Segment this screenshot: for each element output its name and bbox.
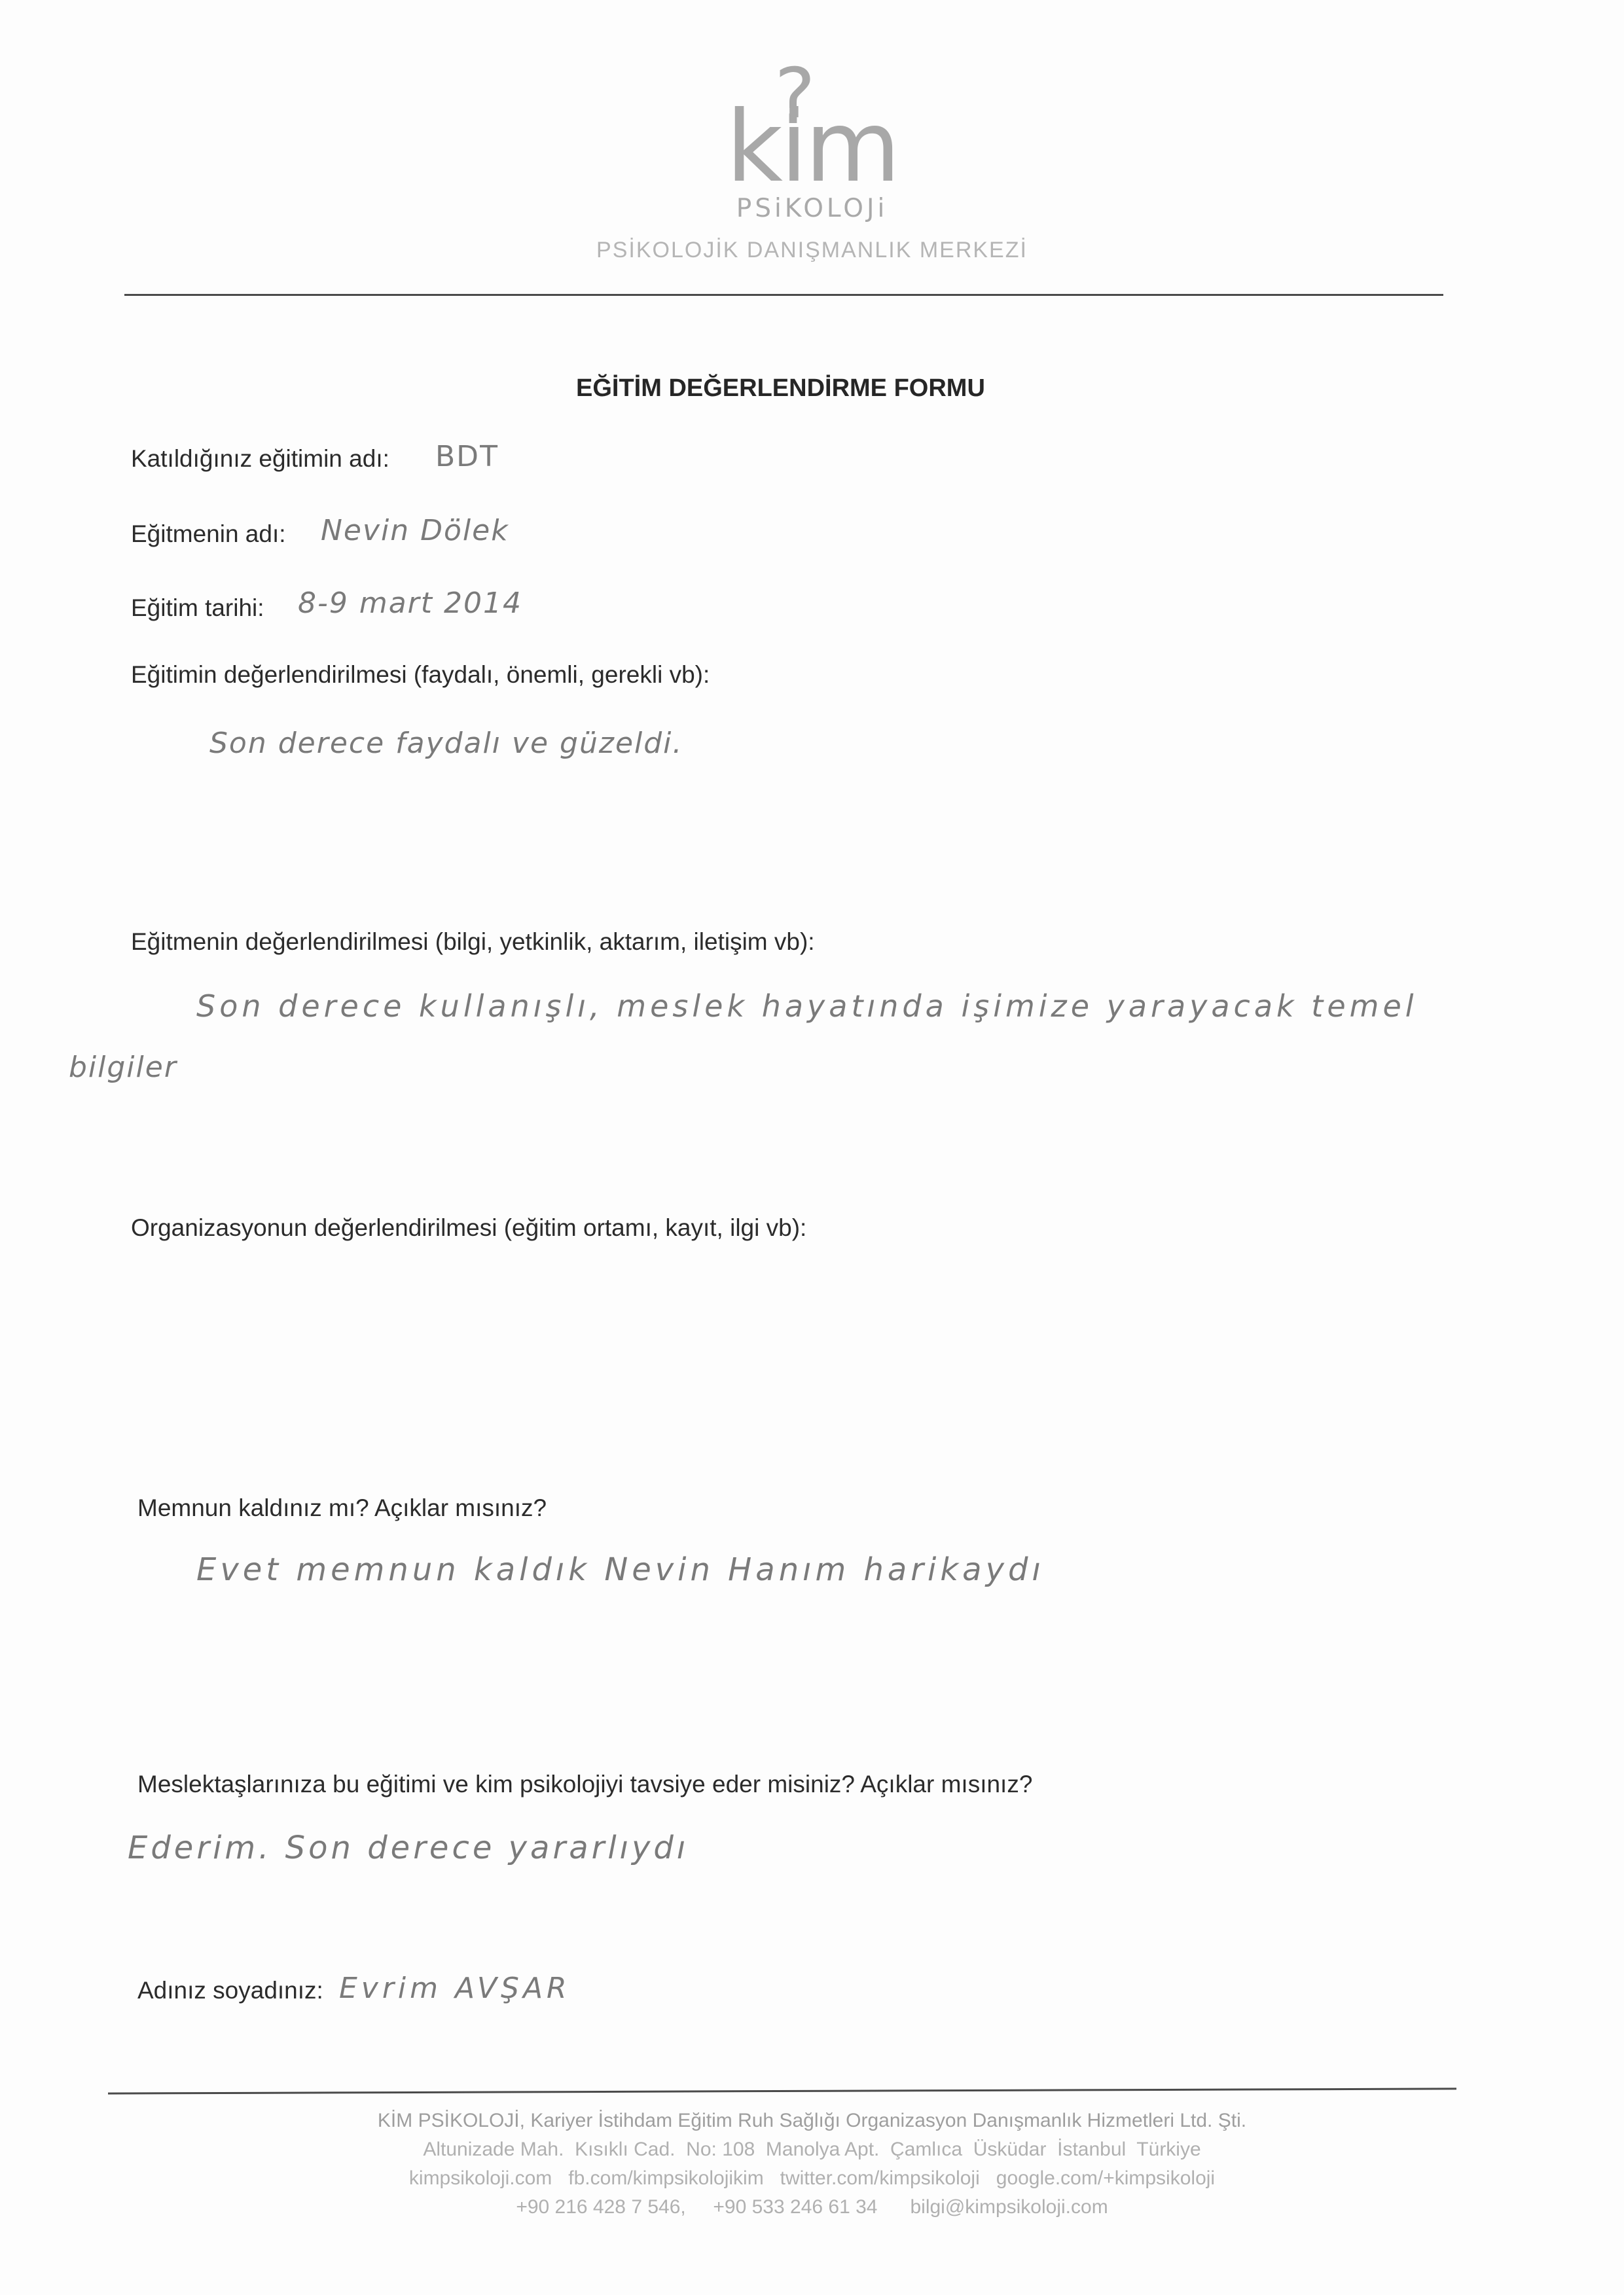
footer-divider xyxy=(108,2087,1456,2094)
header-divider xyxy=(124,294,1443,296)
training-date-label: Eğitim tarihi: xyxy=(131,594,264,622)
recommendation-label: Meslektaşlarınıza bu eğitimi ve kim psik… xyxy=(137,1771,1032,1798)
trainer-evaluation-label: Eğitmenin değerlendirilmesi (bilgi, yetk… xyxy=(131,928,815,956)
trainer-evaluation-value-line2[interactable]: bilgiler xyxy=(69,1051,177,1084)
training-name-value[interactable]: BDT xyxy=(435,440,499,473)
satisfaction-value[interactable]: Evet memnun kaldık Nevin Hanım harikaydı xyxy=(196,1551,1045,1588)
recommendation-value[interactable]: Ederim. Son derece yararlıydı xyxy=(128,1830,689,1866)
training-date-value[interactable]: 8-9 mart 2014 xyxy=(298,587,522,620)
full-name-label: Adınız soyadınız: xyxy=(137,1977,323,2004)
full-name-value[interactable]: Evrim AVŞAR xyxy=(339,1972,571,2005)
organization-evaluation-label: Organizasyonun değerlendirilmesi (eğitim… xyxy=(131,1214,806,1242)
company-logo: ? kim PSiKOLOJi PSİKOLOJİK DANIŞMANLIK M… xyxy=(0,98,1624,263)
form-title: EĞİTİM DEĞERLENDİRME FORMU xyxy=(576,374,985,403)
logo-tagline: PSİKOLOJİK DANIŞMANLIK MERKEZİ xyxy=(0,238,1624,263)
footer-address: Altunizade Mah. Kısıklı Cad. No: 108 Man… xyxy=(0,2135,1624,2164)
footer-web-links: kimpsikoloji.com fb.com/kimpsikolojikim … xyxy=(0,2164,1624,2193)
trainer-evaluation-value-line1[interactable]: Son derece kullanışlı, meslek hayatında … xyxy=(196,988,1418,1024)
question-mark-icon: ? xyxy=(774,58,813,135)
footer-company-text: KİM PSİKOLOJİ, Kariyer İstihdam Eğitim R… xyxy=(378,2110,1246,2131)
logo-wordmark: ? kim xyxy=(726,98,898,190)
trainer-name-label: Eğitmenin adı: xyxy=(131,520,286,548)
training-evaluation-label: Eğitimin değerlendirilmesi (faydalı, öne… xyxy=(131,661,710,689)
trainer-name-value[interactable]: Nevin Dölek xyxy=(321,514,509,547)
satisfaction-label: Memnun kaldınız mı? Açıklar mısınız? xyxy=(137,1494,547,1522)
footer-contact: +90 216 428 7 546, +90 533 246 61 34 bil… xyxy=(0,2193,1624,2222)
footer-company: KİM PSİKOLOJİ, Kariyer İstihdam Eğitim R… xyxy=(0,2106,1624,2135)
training-name-label: Katıldığınız eğitimin adı: xyxy=(131,445,389,473)
training-evaluation-value[interactable]: Son derece faydalı ve güzeldi. xyxy=(209,727,683,760)
